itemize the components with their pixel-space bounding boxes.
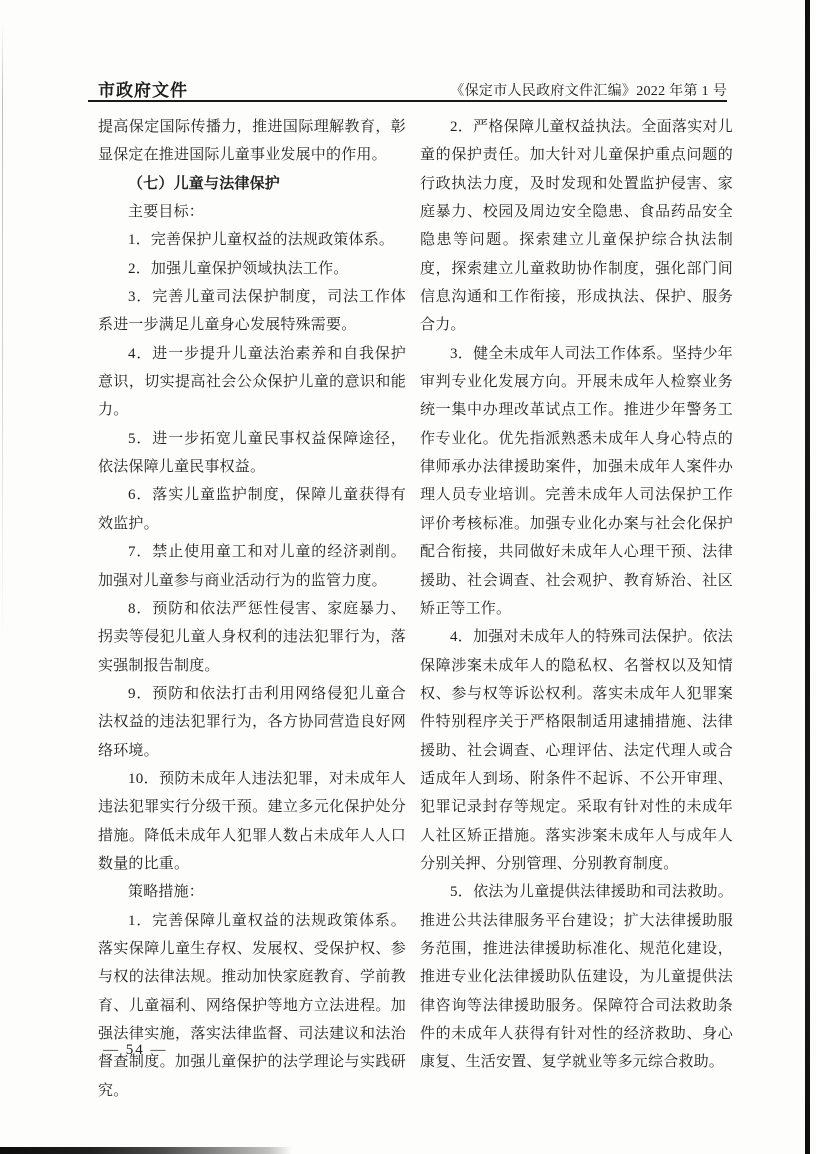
paragraph: 策略措施：	[98, 878, 406, 906]
paragraph: 6．落实儿童监护制度，保障儿童获得有效监护。	[98, 481, 406, 538]
paragraph: 4．加强对未成年人的特殊司法保护。依法保障涉案未成年人的隐私权、名誉权以及知情权…	[420, 623, 733, 878]
paragraph: 4．进一步提升儿童法治素养和自我保护意识，切实提高社会公众保护儿童的意识和能力。	[98, 340, 406, 425]
paragraph: 主要目标：	[98, 198, 406, 226]
scan-edge-right-artifact	[805, 0, 810, 1154]
left-column: 提高保定国际传播力，推进国际理解教育，彰显保定在推进国际儿童事业发展中的作用。（…	[98, 113, 406, 1105]
header-section-title: 市政府文件	[98, 76, 188, 101]
body-columns: 提高保定国际传播力，推进国际理解教育，彰显保定在推进国际儿童事业发展中的作用。（…	[98, 113, 733, 1105]
scan-edge-left-artifact	[2, 24, 3, 644]
paragraph: 1．完善保障儿童权益的法规政策体系。落实保障儿童生存权、发展权、受保护权、参与权…	[98, 907, 406, 1105]
paragraph: 8．预防和依法严惩性侵害、家庭暴力、拐卖等侵犯儿童人身权利的违法犯罪行为，落实强…	[98, 595, 406, 680]
paragraph: 1．完善保护儿童权益的法规政策体系。	[98, 226, 406, 254]
paragraph: 提高保定国际传播力，推进国际理解教育，彰显保定在推进国际儿童事业发展中的作用。	[98, 113, 406, 170]
paragraph: 3．健全未成年人司法工作体系。坚持少年审判专业化发展方向。开展未成年人检察业务统…	[420, 340, 733, 623]
paragraph: 9．预防和依法打击利用网络侵犯儿童合法权益的违法犯罪行为，各方协同营造良好网络环…	[98, 680, 406, 765]
scan-edge-bottom-artifact	[0, 1147, 292, 1154]
paragraph: 2．严格保障儿童权益执法。全面落实对儿童的保护责任。加大针对儿童保护重点问题的行…	[420, 113, 733, 340]
document-page: 市政府文件 《保定市人民政府文件汇编》2022 年第 1 号 提高保定国际传播力…	[0, 0, 816, 1154]
header-rule	[88, 100, 727, 102]
paragraph: 3．完善儿童司法保护制度，司法工作体系进一步满足儿童身心发展特殊需要。	[98, 283, 406, 340]
paragraph: 2．加强儿童保护领域执法工作。	[98, 255, 406, 283]
paragraph: 10．预防未成年人违法犯罪，对未成年人违法犯罪实行分级干预。建立多元化保护处分措…	[98, 765, 406, 878]
page-number: — 54 —	[103, 1042, 168, 1059]
paragraph: 5．进一步拓宽儿童民事权益保障途径，依法保障儿童民事权益。	[98, 425, 406, 482]
paragraph: 7．禁止使用童工和对儿童的经济剥削。加强对儿童参与商业活动行为的监管力度。	[98, 538, 406, 595]
paragraph: （七）儿童与法律保护	[98, 170, 406, 198]
header-compilation-title: 《保定市人民政府文件汇编》2022 年第 1 号	[450, 80, 727, 100]
paragraph: 5．依法为儿童提供法律援助和司法救助。推进公共法律服务平台建设；扩大法律援助服务…	[420, 878, 733, 1076]
right-column: 2．严格保障儿童权益执法。全面落实对儿童的保护责任。加大针对儿童保护重点问题的行…	[420, 113, 733, 1105]
